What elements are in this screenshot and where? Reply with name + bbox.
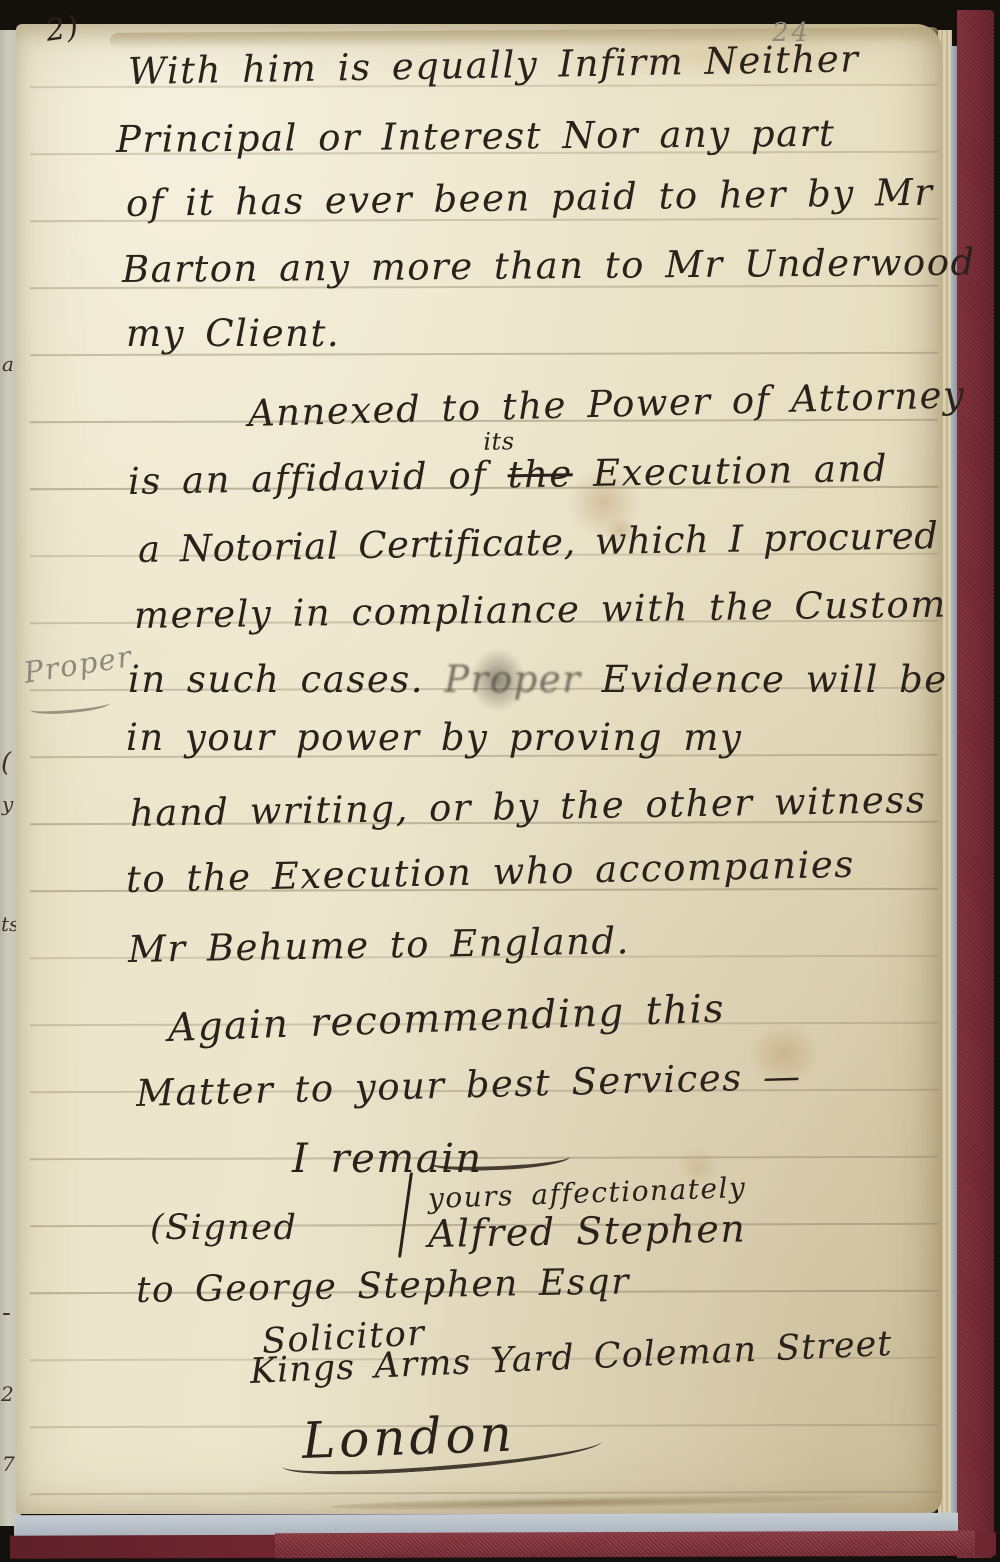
struck-word: the [507,452,573,496]
ink-fragment: 7 [2,1452,15,1476]
ink-fragment: ( [1,748,11,778]
signed-label: (Signed [150,1208,297,1248]
manuscript-photo: a ( y ts - 2 7 2) 24 Proper With him is … [0,0,1000,1562]
ink-fragment: 2 [1,1382,14,1406]
addressee-line: to George Stephen Esqr [136,1261,631,1311]
line-post: Evidence will be [602,658,948,701]
inserted-word: its [483,427,515,456]
signature: Alfred Stephen [428,1206,747,1256]
letter-line: my Client. [126,312,340,355]
folio-number-ink: 2) [44,9,82,48]
line-pre: is an affidavid of [128,454,488,503]
letter-line: in your power by proving my [126,716,742,759]
line-pre: in such cases. [128,658,424,701]
line-post: Execution and [593,447,889,495]
smudged-word: Proper [444,658,581,701]
ink-fragment: - [2,1298,11,1328]
ink-fragment: y [2,792,13,816]
letter-line: Mr Behume to England. [128,919,631,971]
letter-line-with-smudge: in such cases. Proper Evidence will be [128,658,948,701]
book-cover-bottom-texture [275,1531,975,1558]
letter-line: Principal or Interest Nor any part [116,112,836,161]
ink-fragment: a [2,352,14,376]
letter-line: Barton any more than to Mr Underwood [122,241,976,291]
